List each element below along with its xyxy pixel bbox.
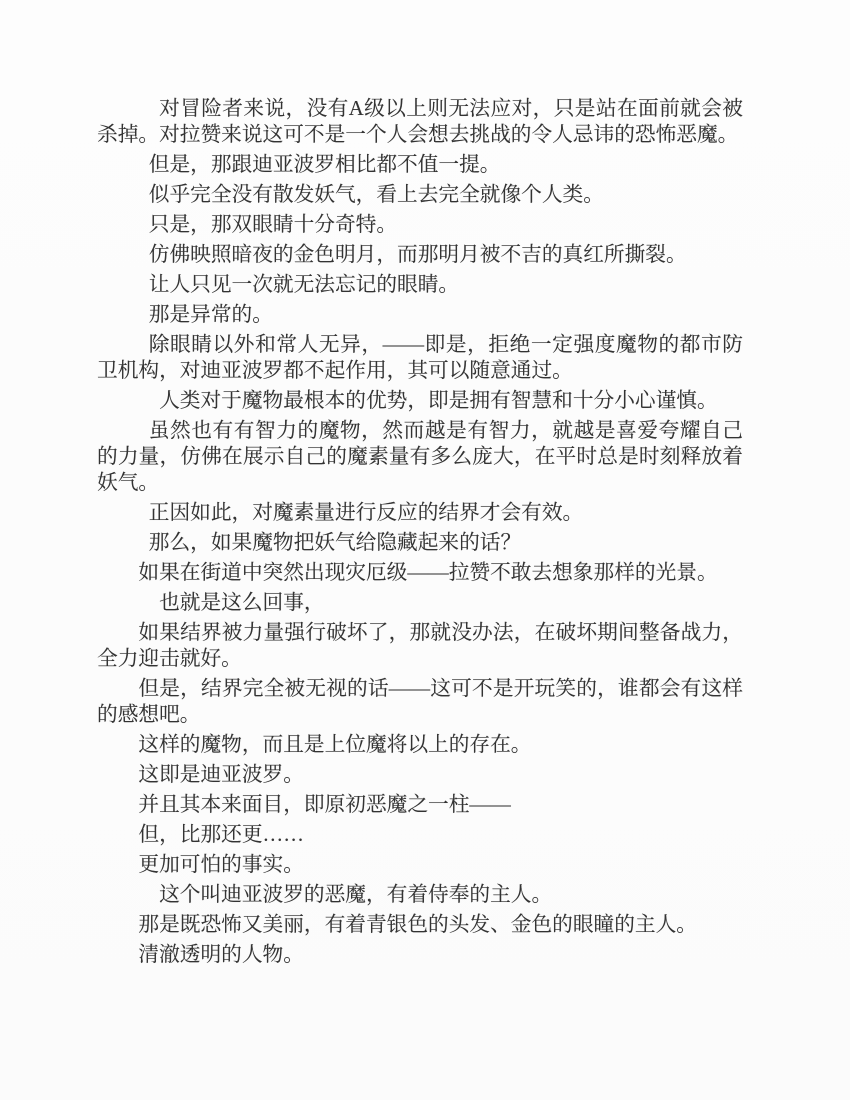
paragraph: 更加可怕的事实。 (97, 852, 743, 878)
paragraph: 仿佛映照暗夜的金色明月，而那明月被不吉的真红所撕裂。 (97, 242, 743, 268)
document-page: 对冒险者来说，没有A级以上则无法应对，只是站在面前就会被杀掉。对拉赞来说这可不是… (0, 0, 850, 1100)
paragraph: 清澈透明的人物。 (97, 942, 743, 968)
paragraph: 也就是这么回事， (97, 590, 743, 616)
paragraph: 对冒险者来说，没有A级以上则无法应对，只是站在面前就会被杀掉。对拉赞来说这可不是… (97, 96, 743, 148)
paragraph: 似乎完全没有散发妖气，看上去完全就像个人类。 (97, 182, 743, 208)
paragraph: 虽然也有有智力的魔物，然而越是有智力，就越是喜爱夸耀自己的力量，仿佛在展示自己的… (97, 418, 743, 496)
paragraph: 只是，那双眼睛十分奇特。 (97, 212, 743, 238)
paragraph: 这样的魔物，而且是上位魔将以上的存在。 (97, 732, 743, 758)
paragraph: 并且其本来面目，即原初恶魔之一柱—— (97, 792, 743, 818)
paragraph: 除眼睛以外和常人无异，——即是，拒绝一定强度魔物的都市防卫机构，对迪亚波罗都不起… (97, 332, 743, 384)
paragraph: 如果在街道中突然出现灾厄级——拉赞不敢去想象那样的光景。 (97, 560, 743, 586)
paragraph: 但，比那还更…… (97, 822, 743, 848)
paragraph: 这个叫迪亚波罗的恶魔，有着侍奉的主人。 (97, 882, 743, 908)
paragraph: 那是异常的。 (97, 302, 743, 328)
paragraph: 让人只见一次就无法忘记的眼睛。 (97, 272, 743, 298)
paragraph: 如果结界被力量强行破坏了，那就没办法，在破坏期间整备战力，全力迎击就好。 (97, 620, 743, 672)
paragraph: 这即是迪亚波罗。 (97, 762, 743, 788)
text-body: 对冒险者来说，没有A级以上则无法应对，只是站在面前就会被杀掉。对拉赞来说这可不是… (97, 96, 743, 972)
paragraph: 那么，如果魔物把妖气给隐藏起来的话？ (97, 530, 743, 556)
paragraph: 那是既恐怖又美丽，有着青银色的头发、金色的眼瞳的主人。 (97, 912, 743, 938)
paragraph: 正因如此，对魔素量进行反应的结界才会有效。 (97, 500, 743, 526)
paragraph: 但是，结界完全被无视的话——这可不是开玩笑的，谁都会有这样的感想吧。 (97, 676, 743, 728)
paragraph: 人类对于魔物最根本的优势，即是拥有智慧和十分小心谨慎。 (97, 388, 743, 414)
paragraph: 但是，那跟迪亚波罗相比都不值一提。 (97, 152, 743, 178)
